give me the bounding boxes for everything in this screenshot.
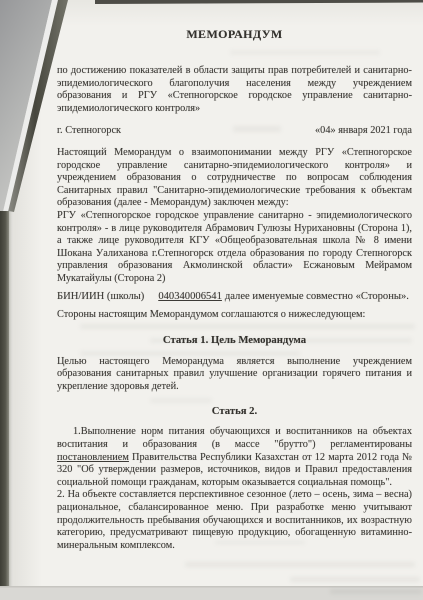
article2-item1-pre: 1.Выполнение норм питания обучающихся и …	[57, 426, 412, 450]
bin-label: БИН/ИИН (школы)	[57, 291, 144, 302]
article2-heading: Статья 2.	[57, 405, 412, 418]
city-label: г. Степногорск	[57, 125, 121, 138]
bleed-through-mark	[290, 577, 420, 582]
bin-line: БИН/ИИН (школы)040340006541далее именуем…	[57, 291, 412, 304]
place-date-line: г. Степногорск «04» января 2021 года	[57, 125, 412, 138]
article1-body: Целью настоящего Меморандума является вы…	[57, 356, 412, 394]
date-label: «04» января 2021 года	[315, 125, 412, 138]
article1-heading: Статья 1. Цель Меморандума	[57, 334, 412, 347]
document-content: МЕМОРАНДУМ по достижению показателей в о…	[57, 20, 412, 552]
document-title: МЕМОРАНДУМ	[57, 27, 412, 41]
scanned-document-page: МЕМОРАНДУМ по достижению показателей в о…	[0, 0, 423, 600]
scan-corner-shadow	[0, 0, 52, 212]
article2-item2: 2. На объекте составляется перспективное…	[57, 489, 412, 552]
scan-edge-highlight	[3, 0, 58, 212]
article2-item1: 1.Выполнение норм питания обучающихся и …	[57, 426, 412, 489]
agreement-line: Стороны настоящим Меморандумом соглашают…	[57, 309, 412, 322]
bleed-through-mark	[330, 589, 422, 594]
preamble-paragraph: Настоящий Меморандум о взаимопонимании м…	[57, 147, 412, 210]
bin-suffix: далее именуемые совместно «Стороны».	[225, 291, 409, 302]
scan-bottom-band-edge	[0, 586, 423, 588]
bin-value: 040340006541	[158, 291, 222, 302]
scan-edge-vertical-highlight	[9, 211, 14, 586]
scan-edge-vertical	[0, 211, 9, 586]
scan-bottom-band	[0, 586, 423, 600]
intro-paragraph: по достижению показателей в области защи…	[57, 65, 412, 115]
bleed-through-mark	[185, 562, 415, 567]
article2-item1-underlined-ref: постановлением	[57, 452, 129, 463]
parties-paragraph: РГУ «Степногорское городское управление …	[57, 210, 412, 286]
scan-top-line	[95, 0, 423, 4]
